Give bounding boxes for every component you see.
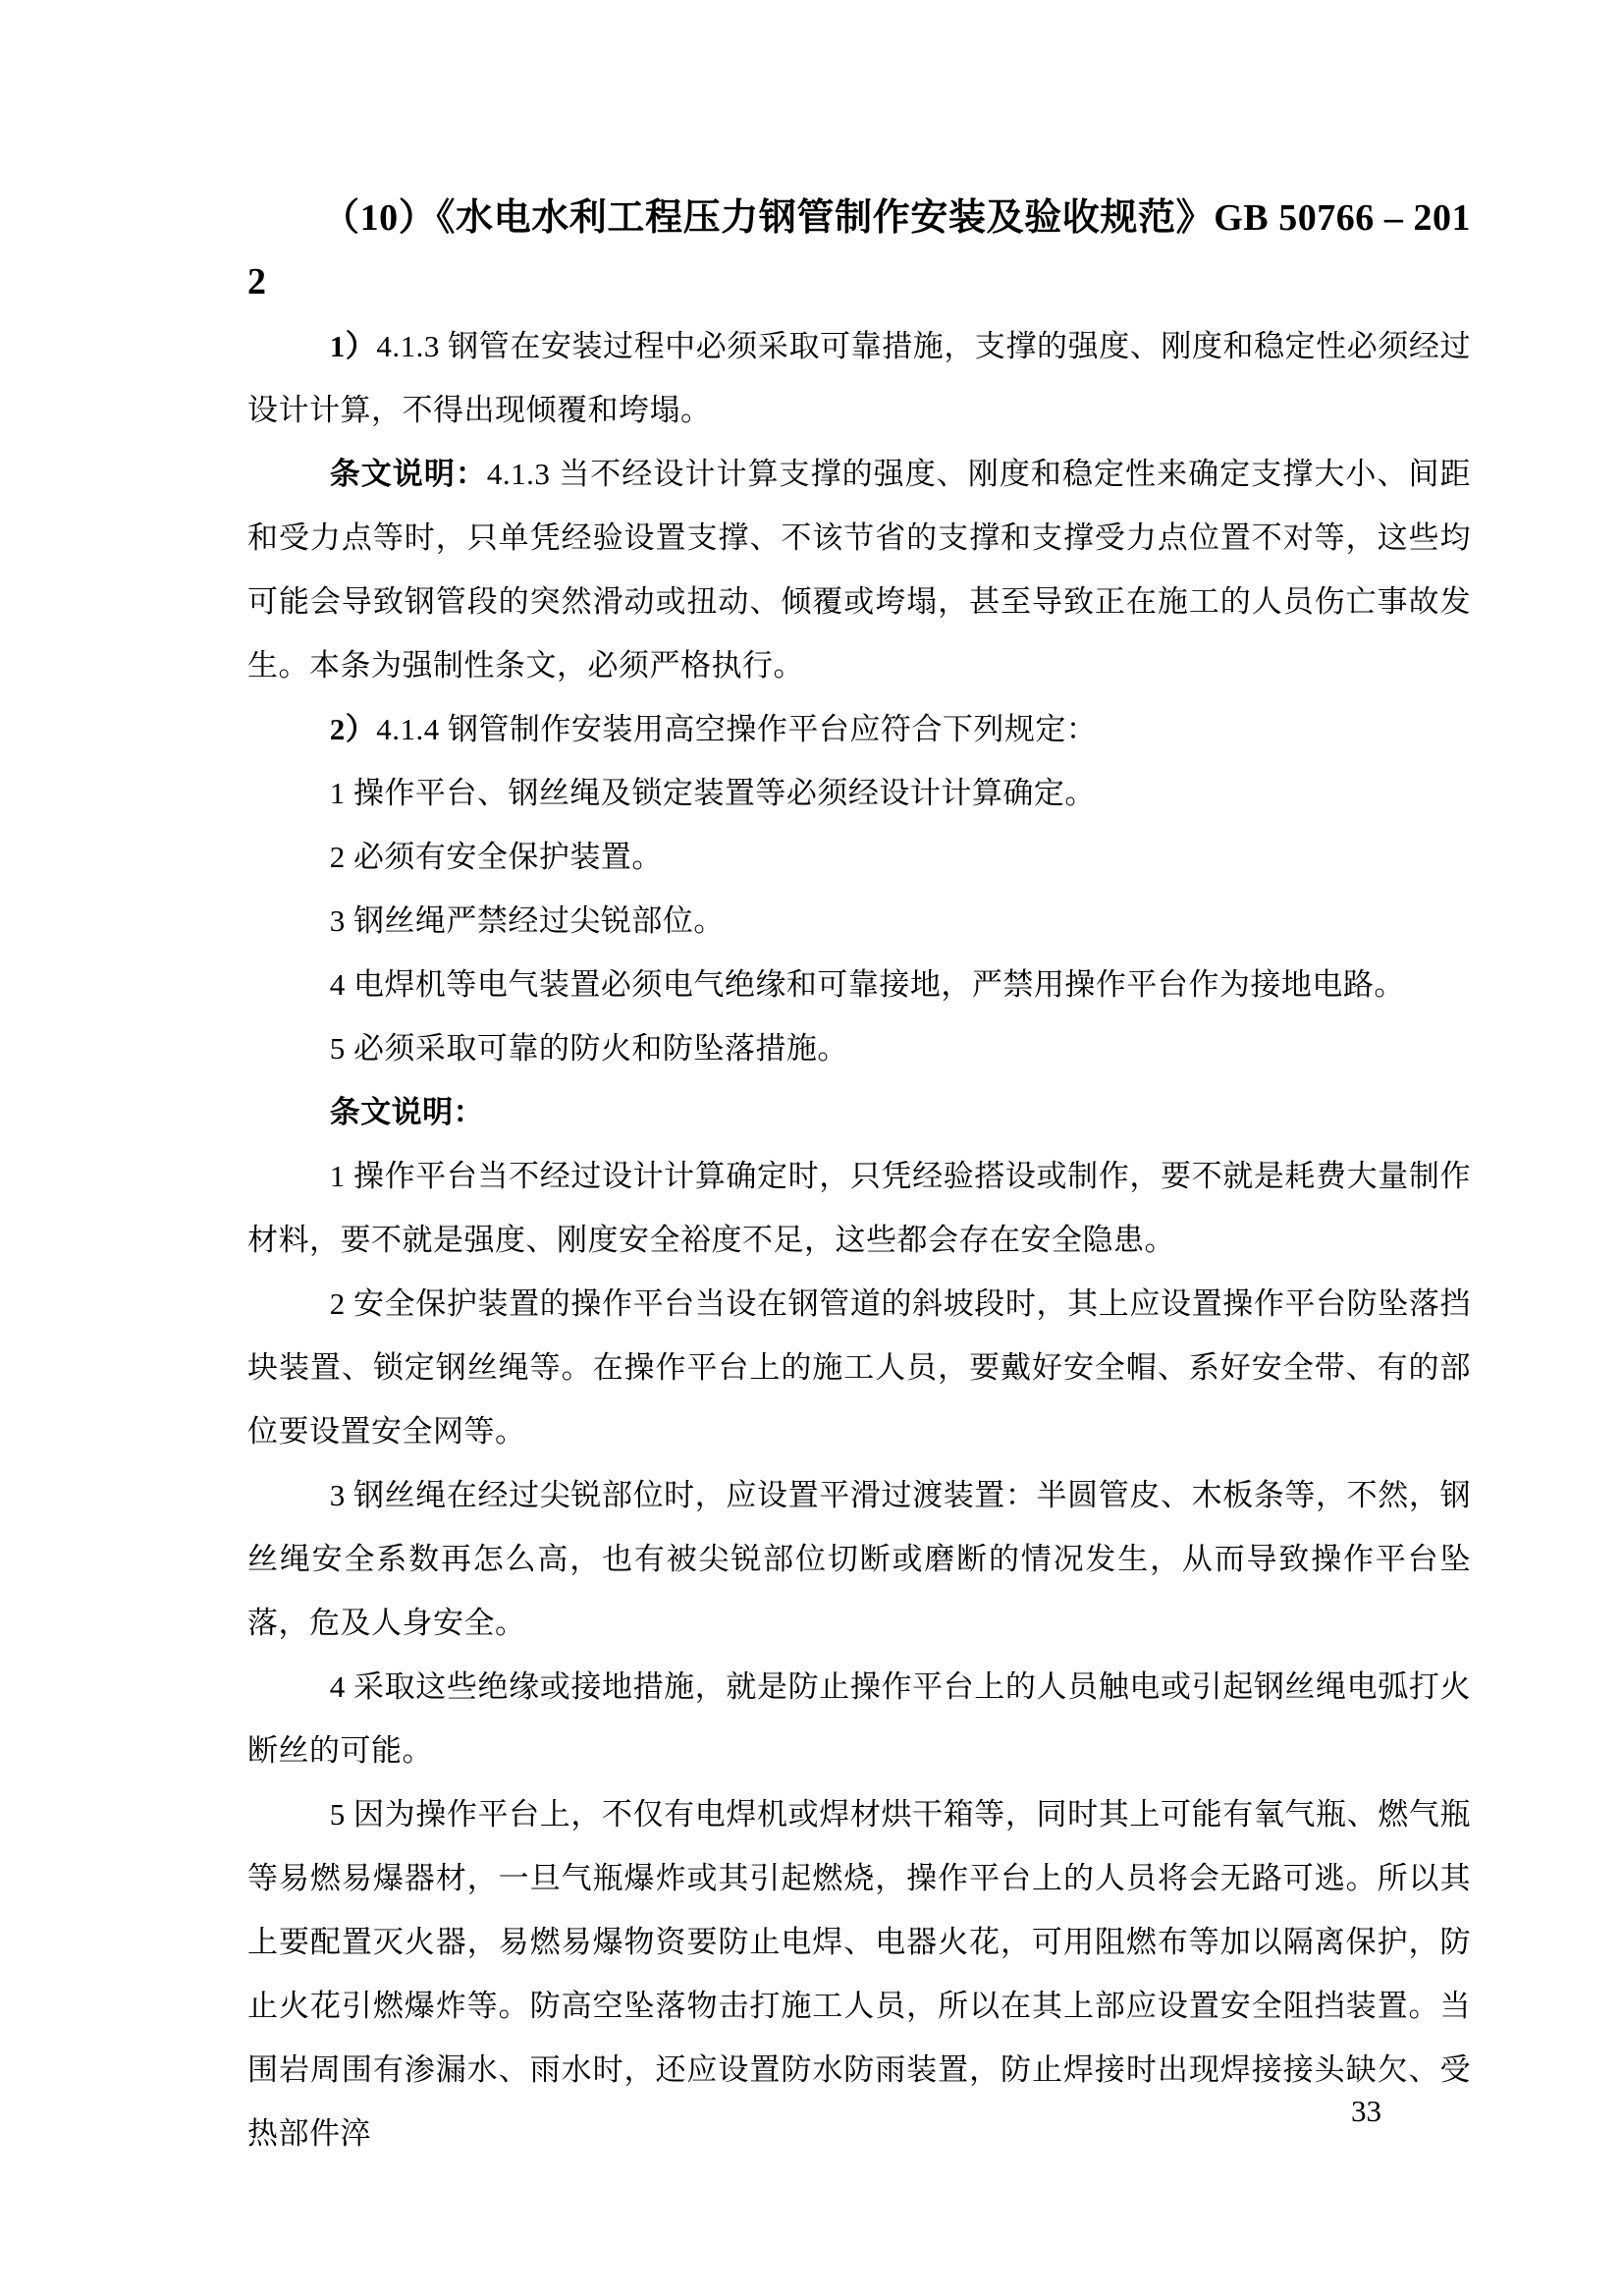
paragraph-text: 3 钢丝绳在经过尖锐部位时，应设置平滑过渡装置：半圆管皮、木板条等，不然，钢丝绳…: [247, 1478, 1471, 1640]
paragraph-lead: 条文说明：: [330, 457, 487, 491]
explanation-item-3: 3 钢丝绳在经过尖锐部位时，应设置平滑过渡装置：半圆管皮、木板条等，不然，钢丝绳…: [247, 1463, 1471, 1655]
paragraph-clause-414: 2）4.1.4 钢管制作安装用高空操作平台应符合下列规定：: [247, 697, 1471, 761]
list-item-3: 3 钢丝绳严禁经过尖锐部位。: [247, 889, 1471, 953]
paragraph-clause-413: 1）4.1.3 钢管在安装过程中必须采取可靠措施，支撑的强度、刚度和稳定性必须经…: [247, 314, 1471, 442]
explanation-item-4: 4 采取这些绝缘或接地措施，就是防止操作平台上的人员触电或引起钢丝绳电弧打火断丝…: [247, 1655, 1471, 1782]
paragraph-text: 4 电焊机等电气装置必须电气绝缘和可靠接地，严禁用操作平台作为接地电路。: [330, 967, 1405, 1002]
paragraph-text: 4.1.3 钢管在安装过程中必须采取可靠措施，支撑的强度、刚度和稳定性必须经过设…: [247, 329, 1471, 427]
paragraph-text: 4.1.4 钢管制作安装用高空操作平台应符合下列规定：: [376, 712, 1097, 746]
paragraph-text: 4 采取这些绝缘或接地措施，就是防止操作平台上的人员触电或引起钢丝绳电弧打火断丝…: [247, 1669, 1471, 1768]
paragraph-explanation-413: 条文说明：4.1.3 当不经设计计算支撑的强度、刚度和稳定性来确定支撑大小、间距…: [247, 442, 1471, 697]
list-item-1: 1 操作平台、钢丝绳及锁定装置等必须经设计计算确定。: [247, 761, 1471, 825]
document-content: （10）《水电水利工程压力钢管制作安装及验收规范》GB 50766 – 2012…: [247, 187, 1471, 2165]
list-item-4: 4 电焊机等电气装置必须电气绝缘和可靠接地，严禁用操作平台作为接地电路。: [247, 953, 1471, 1016]
explanation-heading: 条文说明：: [247, 1080, 1471, 1144]
explanation-item-5: 5 因为操作平台上，不仅有电焊机或焊材烘干箱等，同时其上可能有氧气瓶、燃气瓶等易…: [247, 1782, 1471, 2165]
list-item-5: 5 必须采取可靠的防火和防坠落措施。: [247, 1016, 1471, 1080]
paragraph-text: 5 因为操作平台上，不仅有电焊机或焊材烘干箱等，同时其上可能有氧气瓶、燃气瓶等易…: [247, 1797, 1471, 2151]
list-item-2: 2 必须有安全保护装置。: [247, 825, 1471, 889]
document-title: （10）《水电水利工程压力钢管制作安装及验收规范》GB 50766 – 2012: [247, 187, 1471, 314]
page-number: 33: [1351, 2092, 1381, 2131]
paragraph-lead: 2）: [330, 712, 377, 746]
paragraph-text: 3 钢丝绳严禁经过尖锐部位。: [330, 903, 725, 938]
explanation-item-2: 2 安全保护装置的操作平台当设在钢管道的斜坡段时，其上应设置操作平台防坠落挡块装…: [247, 1272, 1471, 1463]
paragraph-lead: 1）: [330, 329, 377, 363]
paragraph-text: 2 必须有安全保护装置。: [330, 840, 663, 874]
paragraph-text: 1 操作平台当不经过设计计算确定时，只凭经验搭设或制作，要不就是耗费大量制作材料…: [247, 1159, 1471, 1257]
document-page: （10）《水电水利工程压力钢管制作安装及验收规范》GB 50766 – 2012…: [0, 0, 1623, 2296]
paragraph-text: 2 安全保护装置的操作平台当设在钢管道的斜坡段时，其上应设置操作平台防坠落挡块装…: [247, 1286, 1471, 1449]
paragraph-text: 1 操作平台、钢丝绳及锁定装置等必须经设计计算确定。: [330, 776, 1096, 810]
paragraph-text: 5 必须采取可靠的防火和防坠落措施。: [330, 1031, 848, 1066]
explanation-item-1: 1 操作平台当不经过设计计算确定时，只凭经验搭设或制作，要不就是耗费大量制作材料…: [247, 1144, 1471, 1272]
paragraph-lead: 条文说明：: [330, 1095, 485, 1129]
